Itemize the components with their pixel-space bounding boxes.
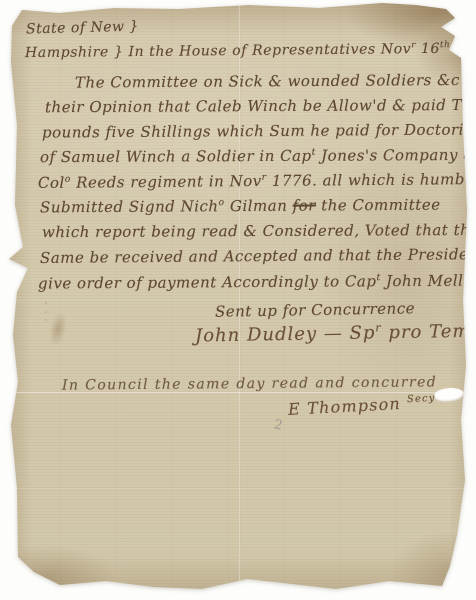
manuscript-paper: State of New } Hampshire } In the House … — [4, 0, 472, 596]
pencil-mark: 2 — [272, 417, 284, 434]
text-segment: John Dudley — Sp — [195, 322, 376, 346]
text-segment: their Opinion that Caleb Winch be Allow'… — [45, 96, 476, 116]
ink-dots — [44, 300, 48, 322]
thompson-signature: E Thompson Secy — [288, 392, 437, 419]
text-segment: The Committee on Sick & wounded Soldiers… — [75, 70, 476, 91]
superscript-text: th — [440, 40, 450, 50]
text-segment: John Mellin — [381, 271, 476, 290]
ink-smudge — [47, 311, 70, 348]
body-line-1: The Committee on Sick & wounded Soldiers… — [75, 70, 476, 91]
text-segment: which report being read & Considered, Vo… — [42, 221, 476, 241]
body-line-4: of Samuel Winch a Soldier in Capt Jones'… — [40, 146, 476, 166]
text-segment: Same be received and Accepted and that t… — [40, 245, 476, 267]
text-segment: 1776. all which is humbly — [267, 170, 476, 190]
text-segment: pro Temp — [382, 321, 476, 344]
text-segment: Hampshire } In the House of Representati… — [25, 41, 411, 61]
text-segment: Sent up for Concurrence — [215, 299, 415, 320]
text-segment: Gilman — [225, 197, 293, 215]
body-line-6: Submitted Signd Nicho Gilman for the Com… — [40, 196, 441, 217]
sent-up-line: Sent up for Concurrence — [215, 299, 415, 320]
body-line-5: Colo Reeds regiment in Novr 1776. all wh… — [38, 170, 476, 192]
body-line-3: pounds five Shillings which Sum he paid … — [42, 120, 476, 141]
text-segment: In Council the same day read and concurr… — [62, 374, 437, 393]
text-segment: E Thompson — [288, 394, 408, 419]
text-segment: of Samuel Winch a Soldier in Cap — [40, 147, 312, 166]
text-segment: Col — [38, 174, 65, 192]
text-segment: pounds five Shillings which Sum he paid … — [42, 120, 476, 141]
state-of-new-line: State of New } — [26, 19, 139, 38]
struck-through-text: for — [293, 196, 316, 214]
text-segment: give order of payment Accordingly to Cap — [38, 272, 377, 292]
text-segment: State of New — [26, 19, 130, 38]
scanned-document: State of New } Hampshire } In the House … — [0, 0, 476, 600]
text-segment: Reeds regiment in Nov — [71, 172, 262, 192]
body-line-9: give order of payment Accordingly to Cap… — [38, 271, 476, 292]
text-segment: Submitted Signd Nich — [40, 197, 219, 216]
text-segment: the Committee — [316, 196, 441, 215]
text-segment: 1778— — [450, 40, 476, 57]
superscript-text: Secy — [407, 393, 436, 405]
body-line-8: Same be received and Accepted and that t… — [40, 245, 476, 267]
hampshire-date-line: Hampshire } In the House of Representati… — [25, 39, 476, 61]
body-line-7: which report being read & Considered, Vo… — [42, 221, 476, 241]
text-segment: Jones's Company & — [316, 146, 476, 165]
body-line-2: their Opinion that Caleb Winch be Allow'… — [45, 96, 476, 116]
john-dudley-signature: John Dudley — Spr pro Tempe — [195, 319, 476, 346]
paper-tear — [433, 386, 464, 404]
in-council-line: In Council the same day read and concurr… — [62, 374, 437, 393]
text-segment: 16 — [416, 41, 440, 57]
text-segment: } — [129, 19, 139, 35]
horizontal-fold-crease-lower — [4, 487, 472, 489]
